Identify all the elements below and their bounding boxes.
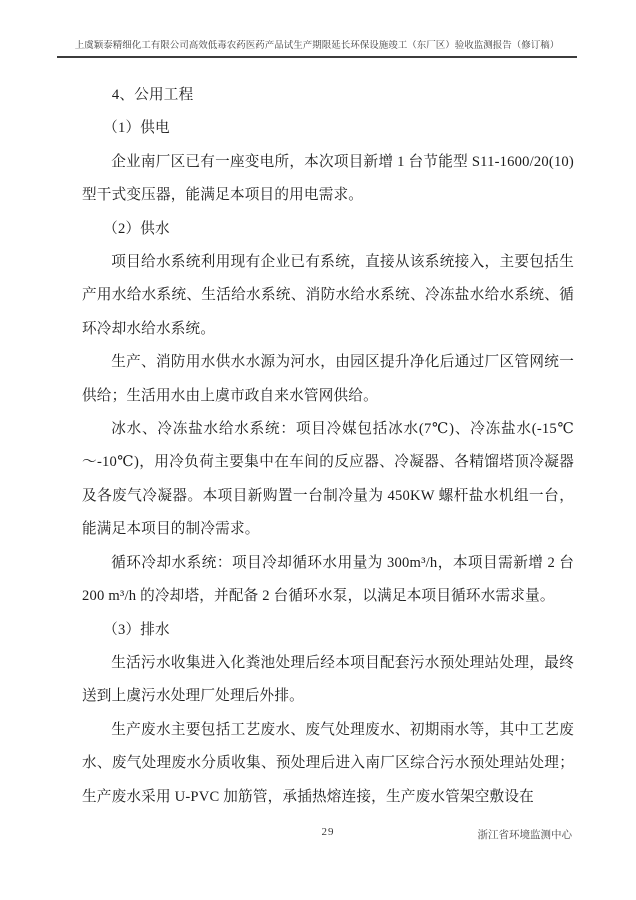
section-heading: 4、公用工程	[82, 79, 574, 112]
page-footer: 29 浙江省环境监测中心	[82, 826, 574, 846]
document-body: 4、公用工程 （1）供电 企业南厂区已有一座变电所，本次项目新增 1 台节能型 …	[82, 79, 574, 814]
subsection-heading-power: （1）供电	[82, 112, 574, 145]
paragraph-drainage-2: 生产废水主要包括工艺废水、废气处理废水、初期雨水等，其中工艺废水、废气处理废水分…	[82, 714, 574, 814]
paragraph-power: 企业南厂区已有一座变电所，本次项目新增 1 台节能型 S11-1600/20(1…	[82, 146, 574, 213]
paragraph-water-3: 冰水、冷冻盐水给水系统：项目冷媒包括冰水(7℃)、冷冻盐水(-15℃～-10℃)…	[82, 413, 574, 547]
header-title: 上虞颖泰精细化工有限公司高效低毒农药医药产品试生产期限延长环保设施竣工（东厂区）…	[75, 41, 560, 51]
page-header: 上虞颖泰精细化工有限公司高效低毒农药医药产品试生产期限延长环保设施竣工（东厂区）…	[57, 40, 577, 58]
footer-organization: 浙江省环境监测中心	[478, 827, 573, 842]
paragraph-drainage-1: 生活污水收集进入化粪池处理后经本项目配套污水预处理站处理，最终送到上虞污水处理厂…	[82, 647, 574, 714]
paragraph-water-1: 项目给水系统利用现有企业已有系统，直接从该系统接入，主要包括生产用水给水系统、生…	[82, 246, 574, 346]
document-page: 上虞颖泰精细化工有限公司高效低毒农药医药产品试生产期限延长环保设施竣工（东厂区）…	[0, 0, 636, 900]
subsection-heading-water: （2）供水	[82, 213, 574, 246]
subsection-heading-drainage: （3）排水	[82, 614, 574, 647]
paragraph-water-4: 循环冷却水系统：项目冷却循环水用量为 300m³/h，本项目需新增 2 台 20…	[82, 547, 574, 614]
paragraph-water-2: 生产、消防用水供水水源为河水，由园区提升净化后通过厂区管网统一供给；生活用水由上…	[82, 346, 574, 413]
